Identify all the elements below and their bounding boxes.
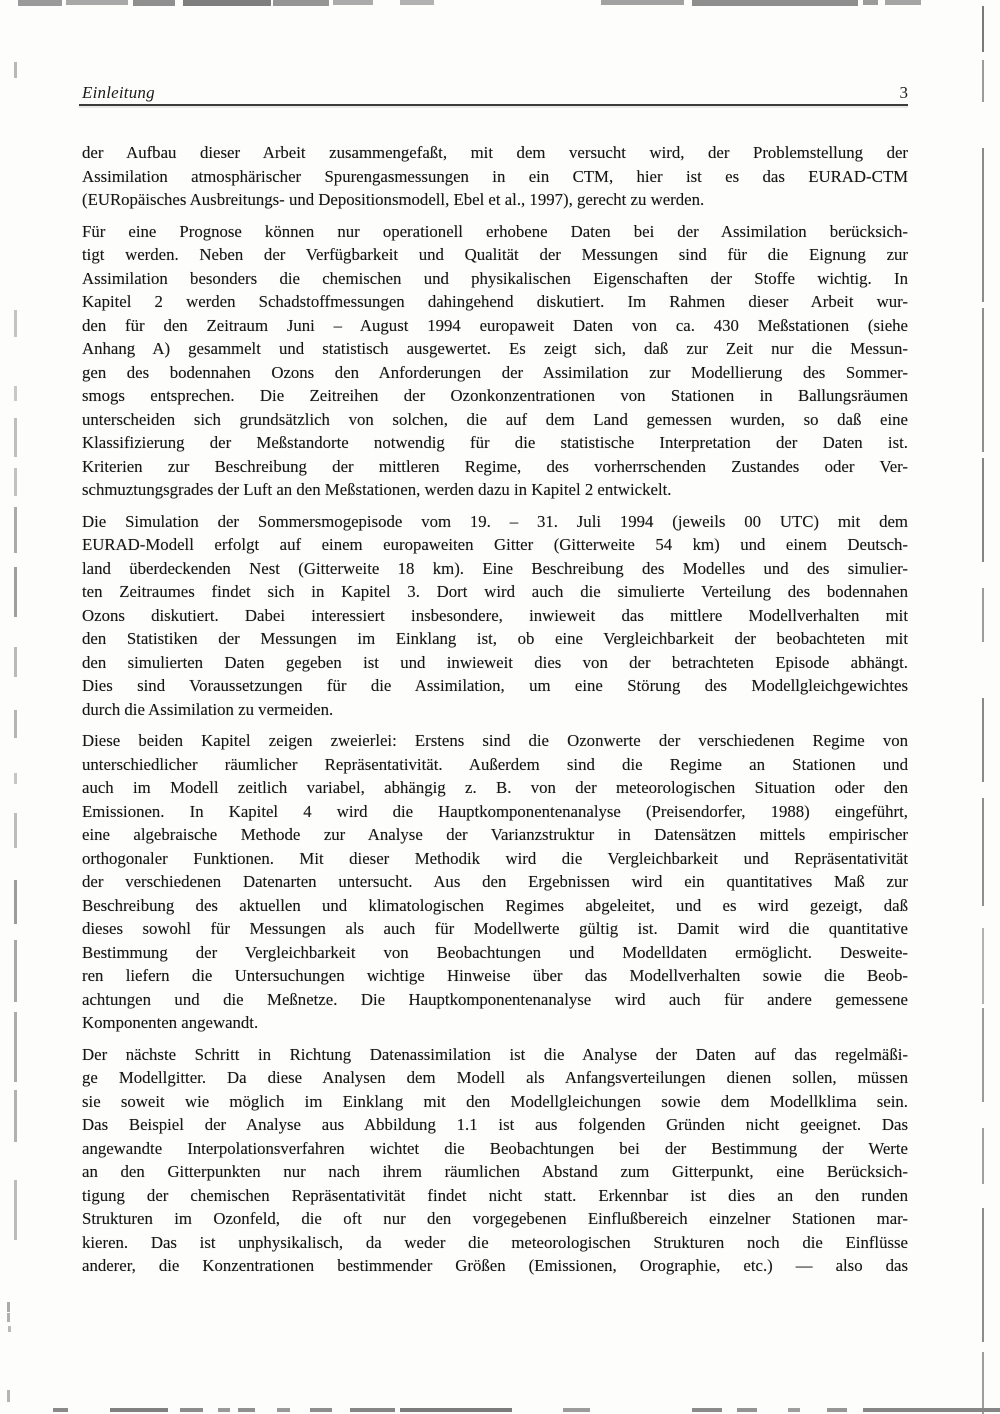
scan-artifact-top-edge [863,0,878,5]
paragraph: Diese beiden Kapitel zeigen zweierlei: E… [82,729,908,1035]
scan-artifact-top-edge [183,0,271,6]
scan-artifact-right-edge-line [982,308,984,452]
scan-artifact-right-edge-line [982,1128,984,1184]
scan-artifact-bottom-edge [53,1408,68,1412]
text-line: durch die Assimilation zu vermeiden. [82,698,908,722]
text-line: den für den Zeitraum Juni – August 1994 … [82,314,908,338]
text-line: kieren. Das ist unphysikalisch, da weder… [82,1231,908,1255]
text-line: tigt werden. Neben der Verfügbarkeit und… [82,243,908,267]
text-line: unterschiedlicher räumlicher Repräsentat… [82,753,908,777]
text-line: ten Zeitraumes findet sich in Kapitel 3.… [82,580,908,604]
scan-artifact-bottom-edge [827,1408,847,1412]
paragraph: Die Simulation der Sommersmogepisode vom… [82,510,908,722]
scan-artifact-bottom-edge [350,1408,395,1412]
scan-artifact-right-edge-line [982,798,984,906]
scan-artifact-left-margin [14,567,17,617]
page-header: Einleitung 3 [82,83,908,103]
text-line: auch im Modell zeitlich variabel, abhäng… [82,776,908,800]
body-text: der Aufbau dieser Arbeit zusammengefaßt,… [82,141,908,1286]
text-line: Für eine Prognose können nur operationel… [82,220,908,244]
scan-artifact-left-margin [14,647,17,677]
paragraph: der Aufbau dieser Arbeit zusammengefaßt,… [82,141,908,212]
scan-artifact-left-margin [14,468,17,496]
text-line: Das Beispiel der Analyse aus Abbildung 1… [82,1113,908,1137]
scan-artifact-bottom-edge [238,1408,255,1412]
scan-artifact-bottom-edge [218,1408,230,1412]
scan-artifact-bottom-edge [737,1408,757,1412]
scan-artifact-top-edge [18,0,62,6]
paragraph: Für eine Prognose können nur operationel… [82,220,908,502]
scan-artifact-right-edge-line [982,588,984,642]
text-line: Dies sind Voraussetzungen für die Assimi… [82,674,908,698]
text-line: der Aufbau dieser Arbeit zusammengefaßt,… [82,141,908,165]
text-line: achtungen und die Meßnetze. Die Hauptkom… [82,988,908,1012]
text-line: an den Gitterpunkten nur nach ihrem räum… [82,1160,908,1184]
text-line: Komponenten angewandt. [82,1011,908,1035]
scan-artifact-bottom-edge [692,1408,722,1412]
scan-artifact-left-margin [14,386,17,401]
text-line: eine algebraische Methode zur Analyse de… [82,823,908,847]
scanned-document-page: Einleitung 3 der Aufbau dieser Arbeit zu… [0,0,1000,1414]
scan-artifact-left-margin [14,940,17,1002]
text-line: Kriterien zur Beschreibung der mittleren… [82,455,908,479]
text-line: angewandte Interpolationsverfahren wicht… [82,1137,908,1161]
text-line: Strukturen im Ozonfeld, die oft nur den … [82,1207,908,1231]
scan-artifact-top-edge [400,0,434,5]
scan-artifact-bottom-edge [180,1408,203,1412]
scan-artifact-top-edge [273,0,329,6]
scan-artifact-left-margin [14,773,17,784]
scan-artifact-top-edge [133,0,175,6]
scan-artifact-right-edge-line [982,6,984,52]
scan-artifact-top-edge [601,0,684,5]
scan-artifact-top-edge [692,0,858,6]
text-line: der verschiedenen Datenarten untersucht.… [82,870,908,894]
scan-artifact-bottom-edge [563,1408,590,1412]
text-line: sie soweit wie möglich im Einklang mit d… [82,1090,908,1114]
text-line: ren liefern die Untersuchungen wichtige … [82,964,908,988]
running-head-title: Einleitung [82,83,155,103]
text-line: Bestimmung der Vergleichbarkeit von Beob… [82,941,908,965]
text-line: Diese beiden Kapitel zeigen zweierlei: E… [82,729,908,753]
text-line: Klassifizierung der Meßstandorte notwend… [82,431,908,455]
scan-artifact-bottom-edge [277,1408,290,1412]
scan-artifact-left-margin [14,880,17,924]
scan-artifact-left-margin [14,813,17,848]
scan-artifact-right-edge-line [982,60,984,102]
text-line: Ozons diskutiert. Dabei interessiert ins… [82,604,908,628]
text-line: Die Simulation der Sommersmogepisode vom… [82,510,908,534]
scan-artifact-left-margin [14,1012,17,1082]
text-line: Beschreibung des aktuellen und klimatolo… [82,894,908,918]
text-line: ge Modellgitter. Da diese Analysen dem M… [82,1066,908,1090]
scan-artifact-left-margin [7,1313,10,1322]
text-line: gen des bodennahen Ozons den Anforderung… [82,361,908,385]
scan-artifact-bottom-edge [863,1408,1000,1412]
text-line: smogs entsprechen. Die Zeitreihen der Oz… [82,384,908,408]
scan-artifact-left-margin [14,1090,17,1142]
paragraph: Der nächste Schritt in Richtung Datenass… [82,1043,908,1278]
text-line: den Statistiken der Messungen im Einklan… [82,627,908,651]
scan-artifact-bottom-edge [788,1408,800,1412]
text-line: EURAD-Modell erfolgt auf einem europawei… [82,533,908,557]
text-line: Der nächste Schritt in Richtung Datenass… [82,1043,908,1067]
scan-artifact-left-margin [14,310,17,337]
scan-artifact-bottom-edge [400,1408,512,1412]
text-line: Anhang A) gesammelt und statistisch ausg… [82,337,908,361]
text-line: land überdeckenden Nest (Gitterweite 18 … [82,557,908,581]
text-line: anderer, die Konzentrationen bestimmende… [82,1254,908,1278]
header-rule [79,104,908,106]
text-line: dieses sowohl für Messungen als auch für… [82,917,908,941]
page-number: 3 [900,83,909,103]
scan-artifact-top-edge [66,0,128,5]
text-line: orthogonaler Funktionen. Mit dieser Meth… [82,847,908,871]
text-line: tigung der chemischen Repräsentativität … [82,1184,908,1208]
scan-artifact-top-edge [333,0,373,5]
text-line: Kapitel 2 werden Schadstoffmessungen dah… [82,290,908,314]
text-line: schmuztungsgrades der Luft an den Meßsta… [82,478,908,502]
text-line: Assimilation atmosphärischer Spurengasme… [82,165,908,189]
text-line: unterscheiden sich grundsätzlich von sol… [82,408,908,432]
text-line: Emissionen. In Kapitel 4 wird die Hauptk… [82,800,908,824]
scan-artifact-left-margin [14,62,17,78]
scan-artifact-right-edge-line [982,1352,984,1414]
scan-artifact-left-margin [14,507,17,553]
scan-artifact-left-margin [14,710,17,738]
scan-artifact-left-margin [14,1180,17,1240]
scan-artifact-right-edge-line [982,1008,984,1102]
scan-artifact-bottom-edge [310,1408,332,1412]
scan-artifact-top-edge [885,0,921,5]
scan-artifact-left-margin [8,1326,11,1332]
scan-artifact-left-margin [7,1390,10,1402]
scan-artifact-right-edge-line [982,1208,984,1342]
scan-artifact-right-edge-line [982,928,984,1004]
scan-artifact-left-margin [14,418,17,457]
text-line: (EURopäisches Ausbreitungs- und Depositi… [82,188,908,212]
scan-artifact-right-edge-line [982,698,984,782]
scan-artifact-right-edge-line [982,458,984,562]
text-line: den simulierten Daten gegeben ist und in… [82,651,908,675]
scan-artifact-bottom-edge [110,1408,168,1412]
text-line: Assimilation besonders die chemischen un… [82,267,908,291]
scan-artifact-right-edge-line [982,148,984,302]
scan-artifact-left-margin [7,1302,10,1312]
